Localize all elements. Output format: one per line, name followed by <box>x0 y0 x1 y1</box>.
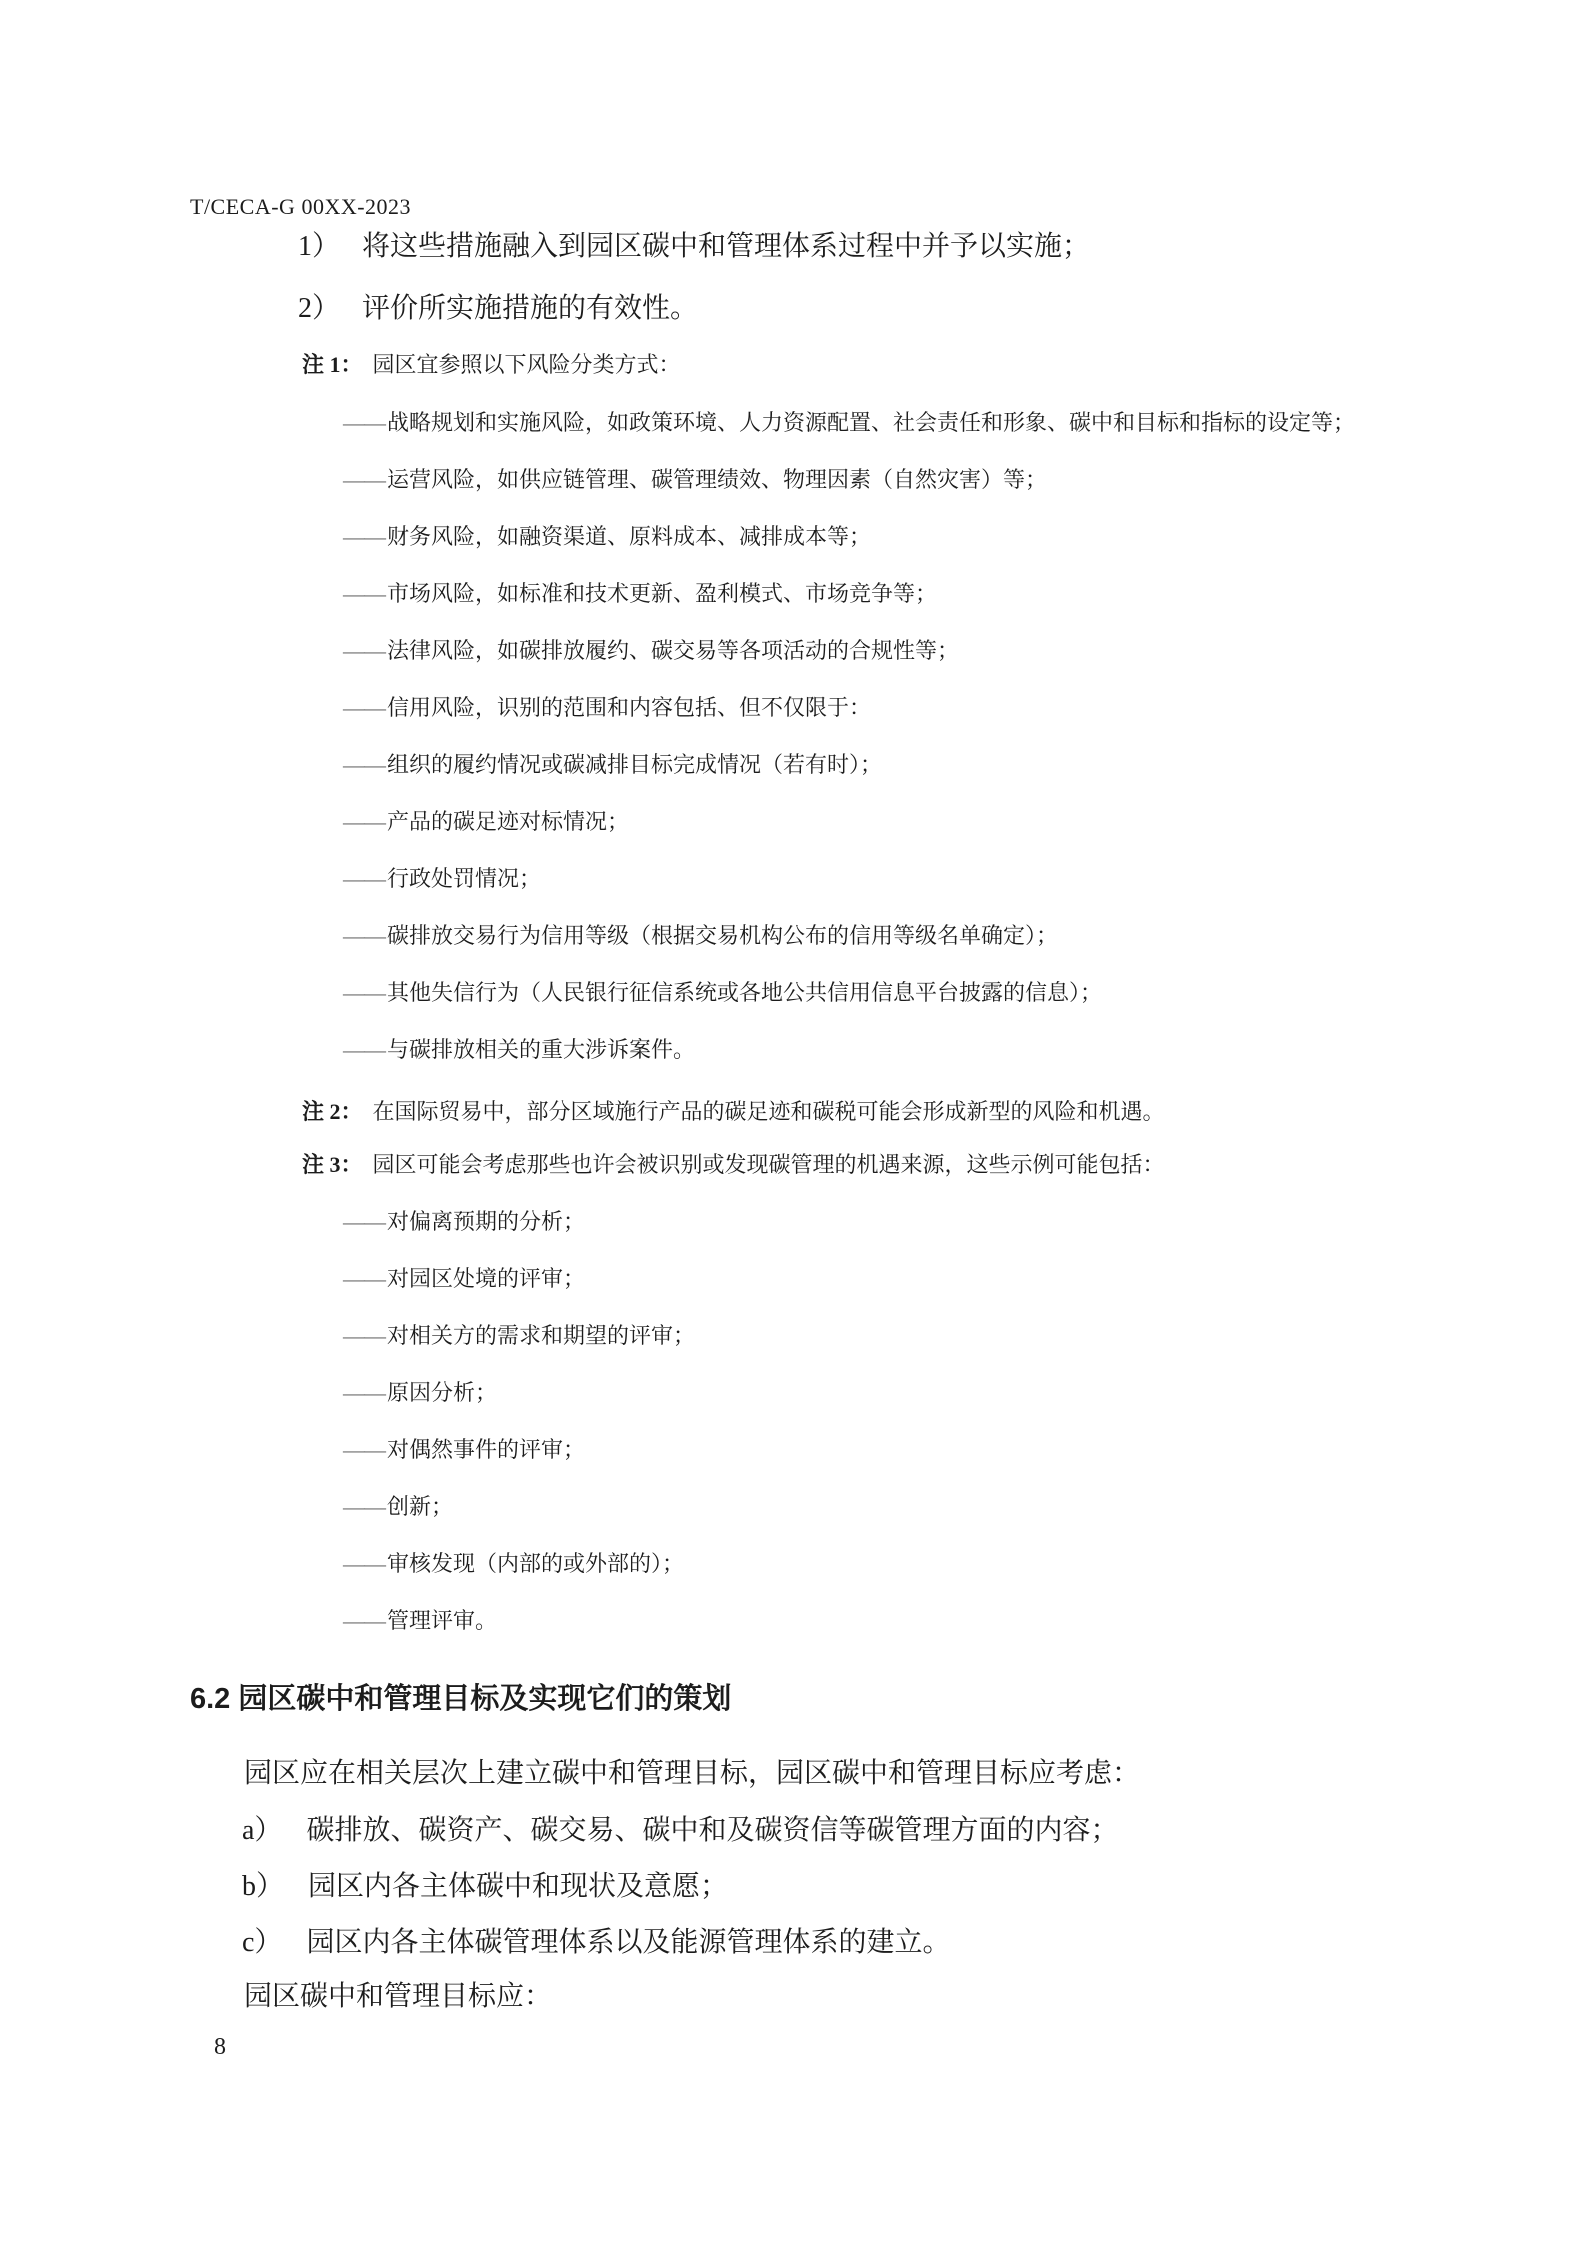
dash-list-item: ——管理评审。 <box>343 1607 695 1634</box>
lettered-list: a）碳排放、碳资产、碳交易、碳中和及碳资信等碳管理方面的内容； b）园区内各主体… <box>242 1814 1118 1982</box>
em-dash-icon: —— <box>343 752 385 777</box>
dash-item-text: 信用风险，识别的范围和内容包括、但不仅限于： <box>387 695 871 720</box>
em-dash-icon: —— <box>343 1266 385 1291</box>
dash-list-item: ——对偏离预期的分析； <box>343 1208 695 1235</box>
dash-list-item: ——财务风险，如融资渠道、原料成本、减排成本等； <box>343 523 1355 550</box>
note-3-label: 注 3： <box>302 1152 363 1177</box>
item-letter: a） <box>242 1814 282 1848</box>
dash-list-item: ——运营风险，如供应链管理、碳管理绩效、物理因素（自然灾害）等； <box>343 466 1355 493</box>
item-text: 评价所实施措施的有效性。 <box>362 293 698 324</box>
em-dash-icon: —— <box>343 866 385 891</box>
em-dash-icon: —— <box>343 1323 385 1348</box>
lettered-list-item: b）园区内各主体碳中和现状及意愿； <box>242 1870 1118 1904</box>
item-text: 园区内各主体碳管理体系以及能源管理体系的建立。 <box>306 1927 950 1958</box>
em-dash-icon: —— <box>343 809 385 834</box>
dash-list-item: ——对园区处境的评审； <box>343 1265 695 1292</box>
dash-item-text: 对偶然事件的评审； <box>387 1437 585 1462</box>
em-dash-icon: —— <box>343 980 385 1005</box>
em-dash-icon: —— <box>343 638 385 663</box>
em-dash-icon: —— <box>343 1037 385 1062</box>
section-outro-paragraph: 园区碳中和管理目标应： <box>244 1980 552 2014</box>
dash-item-text: 对园区处境的评审； <box>387 1266 585 1291</box>
note-1-label: 注 1： <box>302 352 363 377</box>
dash-item-text: 其他失信行为（人民银行征信系统或各地公共信用信息平台披露的信息）； <box>387 980 1102 1005</box>
item-letter: b） <box>242 1870 284 1904</box>
dash-list-item: ——审核发现（内部的或外部的）； <box>343 1550 695 1577</box>
note-2-text: 在国际贸易中，部分区域施行产品的碳足迹和碳税可能会形成新型的风险和机遇。 <box>373 1099 1165 1124</box>
dash-item-text: 市场风险，如标准和技术更新、盈利模式、市场竞争等； <box>387 581 937 606</box>
dash-item-text: 对偏离预期的分析； <box>387 1209 585 1234</box>
em-dash-icon: —— <box>343 695 385 720</box>
dash-list-item: ——碳排放交易行为信用等级（根据交易机构公布的信用等级名单确定）； <box>343 922 1355 949</box>
section-intro-paragraph: 园区应在相关层次上建立碳中和管理目标，园区碳中和管理目标应考虑： <box>244 1757 1140 1791</box>
note-3-text: 园区可能会考虑那些也许会被识别或发现碳管理的机遇来源，这些示例可能包括： <box>373 1152 1165 1177</box>
lettered-list-item: c）园区内各主体碳管理体系以及能源管理体系的建立。 <box>242 1926 1118 1960</box>
dash-item-text: 运营风险，如供应链管理、碳管理绩效、物理因素（自然灾害）等； <box>387 467 1047 492</box>
note-2: 注 2：在国际贸易中，部分区域施行产品的碳足迹和碳税可能会形成新型的风险和机遇。 <box>302 1098 1165 1125</box>
dash-item-text: 碳排放交易行为信用等级（根据交易机构公布的信用等级名单确定）； <box>387 923 1058 948</box>
dash-list-item: ——信用风险，识别的范围和内容包括、但不仅限于： <box>343 694 1355 721</box>
item-number: 2） <box>298 292 340 326</box>
item-text: 碳排放、碳资产、碳交易、碳中和及碳资信等碳管理方面的内容； <box>306 1815 1118 1846</box>
note-3-dash-list: ——对偏离预期的分析； ——对园区处境的评审； ——对相关方的需求和期望的评审；… <box>343 1208 695 1664</box>
em-dash-icon: —— <box>343 524 385 549</box>
dash-item-text: 管理评审。 <box>387 1608 497 1633</box>
em-dash-icon: —— <box>343 410 385 435</box>
note-1-text: 园区宜参照以下风险分类方式： <box>373 352 681 377</box>
numbered-list-item: 2）评价所实施措施的有效性。 <box>298 292 1090 326</box>
em-dash-icon: —— <box>343 1209 385 1234</box>
em-dash-icon: —— <box>343 923 385 948</box>
item-text: 园区内各主体碳中和现状及意愿； <box>308 1871 728 1902</box>
em-dash-icon: —— <box>343 1551 385 1576</box>
dash-list-item: ——对相关方的需求和期望的评审； <box>343 1322 695 1349</box>
page-number: 8 <box>214 2033 226 2061</box>
note-1: 注 1：园区宜参照以下风险分类方式： <box>302 351 681 378</box>
note-2-label: 注 2： <box>302 1099 363 1124</box>
dash-item-text: 对相关方的需求和期望的评审； <box>387 1323 695 1348</box>
dash-item-text: 战略规划和实施风险，如政策环境、人力资源配置、社会责任和形象、碳中和目标和指标的… <box>387 410 1355 435</box>
numbered-list-item: 1）将这些措施融入到园区碳中和管理体系过程中并予以实施； <box>298 230 1090 264</box>
em-dash-icon: —— <box>343 467 385 492</box>
dash-item-text: 与碳排放相关的重大涉诉案件。 <box>387 1037 695 1062</box>
item-letter: c） <box>242 1926 282 1960</box>
em-dash-icon: —— <box>343 1437 385 1462</box>
dash-item-text: 创新； <box>387 1494 453 1519</box>
doc-code-header: T/CECA-G 00XX-2023 <box>190 193 411 221</box>
lettered-list-item: a）碳排放、碳资产、碳交易、碳中和及碳资信等碳管理方面的内容； <box>242 1814 1118 1848</box>
document-page: { "glyphs": { "dash": "——" }, "header": … <box>0 0 1588 2245</box>
em-dash-icon: —— <box>343 581 385 606</box>
dash-item-text: 财务风险，如融资渠道、原料成本、减排成本等； <box>387 524 871 549</box>
dash-item-text: 审核发现（内部的或外部的）； <box>387 1551 684 1576</box>
dash-list-item: ——其他失信行为（人民银行征信系统或各地公共信用信息平台披露的信息）； <box>343 979 1355 1006</box>
dash-item-text: 原因分析； <box>387 1380 497 1405</box>
dash-list-item: ——法律风险，如碳排放履约、碳交易等各项活动的合规性等； <box>343 637 1355 664</box>
dash-list-item: ——原因分析； <box>343 1379 695 1406</box>
dash-item-text: 法律风险，如碳排放履约、碳交易等各项活动的合规性等； <box>387 638 959 663</box>
dash-list-item: ——产品的碳足迹对标情况； <box>343 808 1355 835</box>
section-heading: 6.2 园区碳中和管理目标及实现它们的策划 <box>190 1682 731 1716</box>
dash-item-text: 组织的履约情况或碳减排目标完成情况（若有时）； <box>387 752 882 777</box>
dash-item-text: 行政处罚情况； <box>387 866 541 891</box>
item-number: 1） <box>298 230 340 264</box>
note-3: 注 3：园区可能会考虑那些也许会被识别或发现碳管理的机遇来源，这些示例可能包括： <box>302 1151 1165 1178</box>
dash-list-item: ——组织的履约情况或碳减排目标完成情况（若有时）； <box>343 751 1355 778</box>
em-dash-icon: —— <box>343 1494 385 1519</box>
dash-list-item: ——战略规划和实施风险，如政策环境、人力资源配置、社会责任和形象、碳中和目标和指… <box>343 409 1355 436</box>
dash-list-item: ——创新； <box>343 1493 695 1520</box>
em-dash-icon: —— <box>343 1608 385 1633</box>
em-dash-icon: —— <box>343 1380 385 1405</box>
dash-item-text: 产品的碳足迹对标情况； <box>387 809 629 834</box>
note-1-dash-list: ——战略规划和实施风险，如政策环境、人力资源配置、社会责任和形象、碳中和目标和指… <box>343 409 1355 1093</box>
dash-list-item: ——行政处罚情况； <box>343 865 1355 892</box>
dash-list-item: ——与碳排放相关的重大涉诉案件。 <box>343 1036 1355 1063</box>
item-text: 将这些措施融入到园区碳中和管理体系过程中并予以实施； <box>362 231 1090 262</box>
dash-list-item: ——市场风险，如标准和技术更新、盈利模式、市场竞争等； <box>343 580 1355 607</box>
numbered-list: 1）将这些措施融入到园区碳中和管理体系过程中并予以实施； 2）评价所实施措施的有… <box>298 230 1090 354</box>
dash-list-item: ——对偶然事件的评审； <box>343 1436 695 1463</box>
